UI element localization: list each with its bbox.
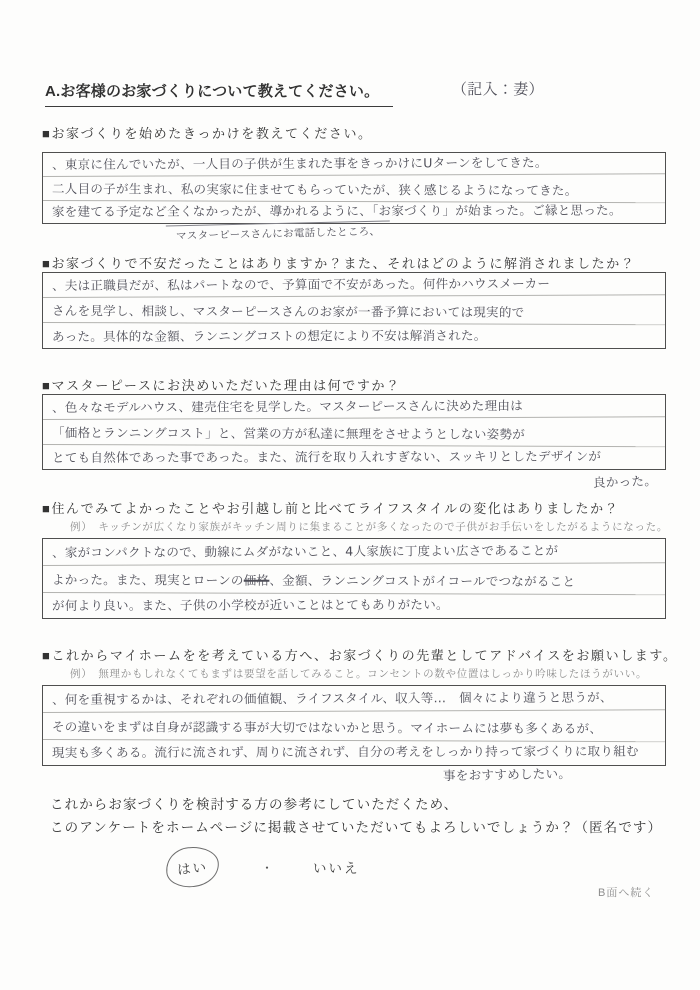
answer-line: 、色々なモデルハウス、建売住宅を見学した。マスターピースさんに決めた理由は (43, 392, 665, 420)
question-2-heading: ■お家づくりで不安だったことはありますか？また、それはどのように解消されましたか… (42, 256, 666, 272)
question-4-answer-box: 、家がコンパクトなので、動線にムダがないこと、4人家族に丁度よい広さであることが… (42, 538, 666, 619)
answer-line: とても自然体であった事であった。また、流行を取り入れすぎない、スッキリとしたデザ… (43, 443, 665, 469)
question-section-4: ■住んでみてよかったことやお引越し前と比べてライフスタイルの変化はありましたか？… (42, 501, 666, 619)
question-5-answer-box: 、何を重視するかは、それぞれの価値観、ライフスタイル、収入等… 個々により違うと… (42, 685, 666, 766)
questionnaire-sheet: A.お客様のお家づくりについて教えてください。 （記入：妻） ■お家づくりを始め… (0, 0, 700, 990)
insertion-note: マスターピースさんにお電話したところ、 (166, 220, 391, 243)
question-3-heading: ■マスターピースにお決めいただいた理由は何ですか？ (42, 378, 666, 394)
question-1-answer-box: 、東京に住んでいたが、一人目の子供が生まれた事をきっかけにUターンをしてきた。 … (42, 152, 666, 224)
answer-line: 、夫は正職員だが、私はパートなので、予算面で不安があった。何件かハウスメーカー (43, 270, 665, 298)
page-title: A.お客様のお家づくりについて教えてください。 (45, 80, 393, 107)
answer-line: あった。具体的な金額、ランニングコストの想定により不安は解消された。 (43, 322, 665, 348)
answer-text: よかった。また、現実とローンの (52, 570, 244, 589)
consent-yes-label: はい (177, 860, 209, 878)
answer-line: 現実も多くある。流行に流されず、周りに流されず、自分の考えをしっかり持って家づく… (43, 738, 665, 765)
answer-text: 、金額、ランニングコストがイコールでつながること (269, 570, 575, 589)
question-section-1: ■お家づくりを始めたきっかけを教えてください。 、東京に住んでいたが、一人目の子… (42, 126, 666, 224)
answer-line: 家を建てる予定など全くなかったが、導かれるように、「お家づくり」が始まった。ご縁… (43, 199, 665, 223)
question-5-example: 例） 無理かもしれなくてもまずは要望を話してみること。コンセントの数や位置はしっ… (70, 667, 666, 681)
question-4-heading: ■住んでみてよかったことやお引越し前と比べてライフスタイルの変化はありましたか？ (42, 501, 666, 517)
struck-text: 価格 (244, 570, 270, 588)
question-3-answer-box: 、色々なモデルハウス、建売住宅を見学した。マスターピースさんに決めた理由は 「価… (42, 394, 666, 470)
answer-line: が何より良い。また、子供の小学校が近いことはとてもありがたい。 (43, 591, 665, 618)
footer-line-1: これからお家づくりを検討する方の参考にしていただくため、 (50, 793, 458, 813)
footer-line-2: このアンケートをホームページに掲載させていただいてもよろしいでしょうか？（匿名で… (50, 816, 662, 836)
answer-line: 、家がコンパクトなので、動線にムダがないこと、4人家族に丁度よい広さであることが (43, 536, 665, 565)
answer-overflow-note: 良かった。 (593, 471, 658, 491)
answer-line: 、東京に住んでいたが、一人目の子供が生まれた事をきっかけにUターンをしてきた。 (43, 150, 665, 176)
question-5-heading: ■これからマイホームをを考えている方へ、お家づくりの先輩としてアドバイスをお願い… (42, 648, 666, 664)
consent-no-label: いいえ (313, 857, 360, 877)
question-section-5: ■これからマイホームをを考えている方へ、お家づくりの先輩としてアドバイスをお願い… (42, 648, 666, 766)
answer-overflow-note: 事をおすすめしたい。 (443, 764, 571, 784)
consent-separator: ・ (261, 859, 273, 876)
answer-line: 、何を重視するかは、それぞれの価値観、ライフスタイル、収入等… 個々により違うと… (43, 683, 665, 712)
continue-note: B面へ続く (598, 884, 654, 900)
question-2-answer-box: 、夫は正職員だが、私はパートなので、予算面で不安があった。何件かハウスメーカー … (42, 272, 666, 349)
question-1-heading: ■お家づくりを始めたきっかけを教えてください。 (42, 126, 666, 142)
consent-options: はい ・ いいえ (166, 847, 360, 887)
question-section-3: ■マスターピースにお決めいただいた理由は何ですか？ 、色々なモデルハウス、建売住… (42, 378, 666, 470)
yes-circle-mark: はい (164, 845, 220, 889)
question-4-example: 例） キッチンが広くなり家族がキッチン周りに集まることが多くなったので子供がお手… (70, 520, 666, 534)
recorder-note: （記入：妻） (452, 78, 544, 99)
question-section-2: ■お家づくりで不安だったことはありますか？また、それはどのように解消されましたか… (42, 256, 666, 349)
